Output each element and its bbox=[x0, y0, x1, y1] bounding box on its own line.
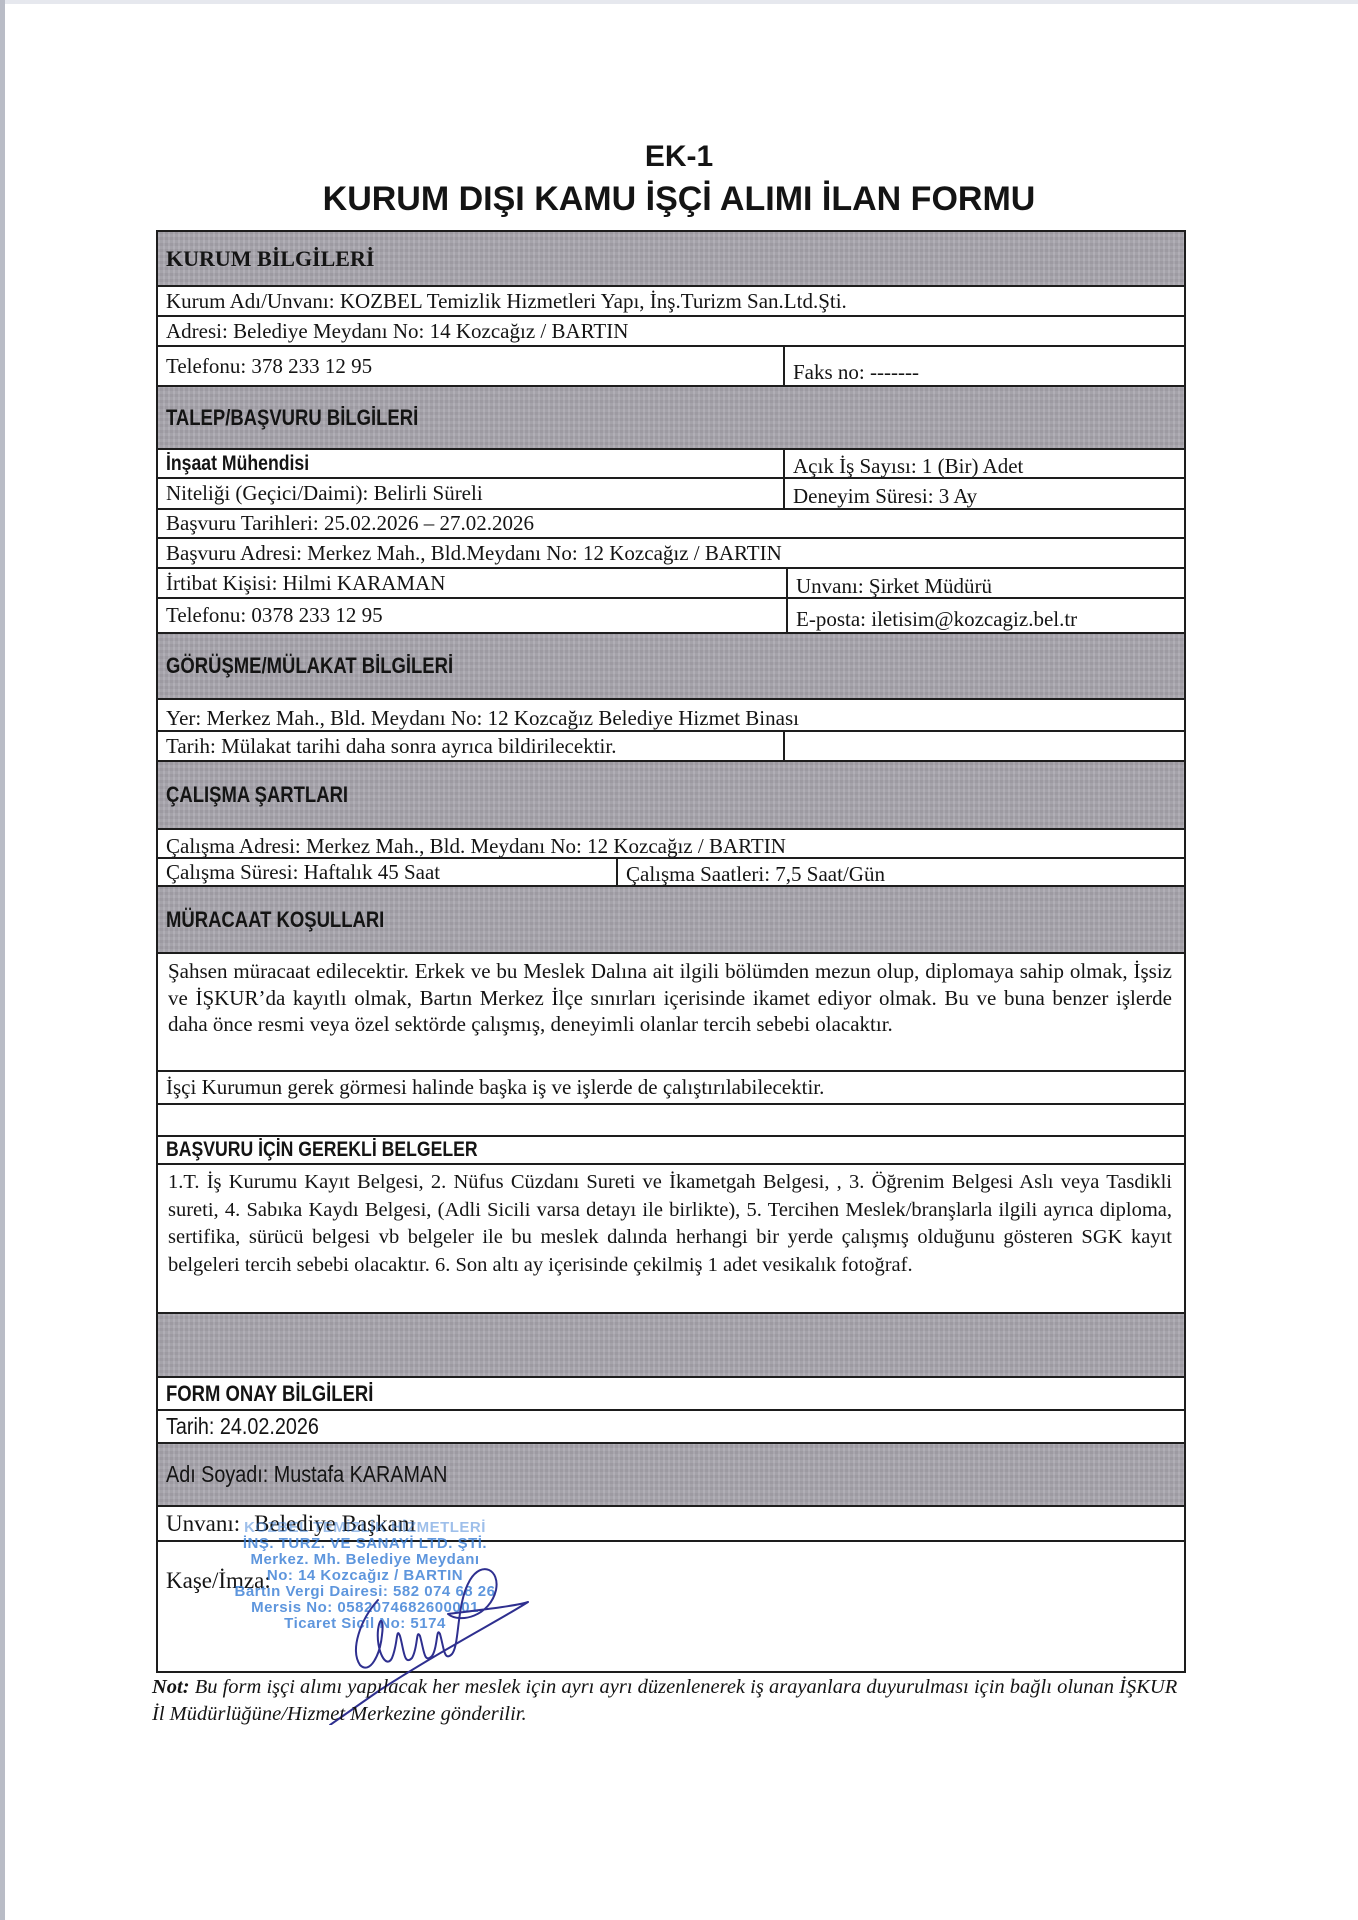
row-irtibat-telefon: Telefonu: 0378 233 12 95 E-posta: iletis… bbox=[156, 597, 1186, 632]
footer-note-label: Not: bbox=[152, 1676, 190, 1698]
gorusme-yer: Yer: Merkez Mah., Bld. Meydanı No: 12 Ko… bbox=[166, 706, 799, 731]
row-muracaat-paragraph: Şahsen müracaat edilecektir. Erkek ve bu… bbox=[156, 952, 1186, 1070]
irtibat-eposta[interactable]: E-posta: iletisim@kozcagiz.bel.tr bbox=[796, 607, 1077, 632]
row-basvuru-adresi: Başvuru Adresi: Merkez Mah., Bld.Meydanı… bbox=[156, 537, 1186, 567]
scan-edge-left bbox=[0, 0, 5, 1920]
row-blank bbox=[156, 1103, 1186, 1135]
kurum-telefon: Telefonu: 378 233 12 95 bbox=[166, 354, 372, 379]
niteligi: Niteliği (Geçici/Daimi): Belirli Süreli bbox=[166, 481, 483, 506]
row-onay-tarih: Tarih: 24.02.2026 bbox=[156, 1409, 1186, 1442]
section-header-calisma: ÇALIŞMA ŞARTLARI bbox=[156, 760, 1186, 828]
scan-edge-top bbox=[0, 0, 1358, 4]
section-title: ÇALIŞMA ŞARTLARI bbox=[166, 782, 348, 808]
irtibat-kisisi: İrtibat Kişisi: Hilmi KARAMAN bbox=[166, 571, 445, 596]
section-header-gorusme: GÖRÜŞME/MÜLAKAT BİLGİLERİ bbox=[156, 632, 1186, 698]
document-title: KURUM DIŞI KAMU İŞÇİ ALIMI İLAN FORMU bbox=[0, 180, 1358, 219]
deneyim-suresi: Deneyim Süresi: 3 Ay bbox=[793, 484, 977, 508]
row-kurum-adi: Kurum Adı/Unvanı: KOZBEL Temizlik Hizmet… bbox=[156, 285, 1186, 315]
row-adi-soyadi: Adı Soyadı: Mustafa KARAMAN bbox=[156, 1442, 1186, 1505]
row-meslek: İnşaat Mühendisi Açık İş Sayısı: 1 (Bir)… bbox=[156, 448, 1186, 477]
document-code: EK-1 bbox=[0, 140, 1358, 174]
muracaat-note: İşçi Kurumun gerek görmesi halinde başka… bbox=[166, 1075, 824, 1100]
row-calisma-adresi: Çalışma Adresi: Merkez Mah., Bld. Meydan… bbox=[156, 828, 1186, 857]
onay-tarih: Tarih: 24.02.2026 bbox=[166, 1413, 319, 1440]
row-niteligi: Niteliği (Geçici/Daimi): Belirli Süreli … bbox=[156, 477, 1186, 508]
basvuru-tarihleri: Başvuru Tarihleri: 25.02.2026 – 27.02.20… bbox=[166, 511, 534, 536]
section-header-talep: TALEP/BAŞVURU BİLGİLERİ bbox=[156, 385, 1186, 448]
footer-note-text: Bu form işçi alımı yapılacak her meslek … bbox=[152, 1676, 1177, 1725]
adi-soyadi: Adı Soyadı: Mustafa KARAMAN bbox=[166, 1461, 447, 1488]
basvuru-adresi: Başvuru Adresi: Merkez Mah., Bld.Meydanı… bbox=[166, 541, 782, 566]
section-title: BAŞVURU İÇİN GEREKLİ BELGELER bbox=[166, 1138, 478, 1162]
row-form-onay-heading: FORM ONAY BİLGİLERİ bbox=[156, 1376, 1186, 1409]
kurum-faks: Faks no: ------- bbox=[793, 360, 919, 385]
section-title: FORM ONAY BİLGİLERİ bbox=[166, 1381, 373, 1407]
section-title: GÖRÜŞME/MÜLAKAT BİLGİLERİ bbox=[166, 653, 453, 679]
irtibat-telefon: Telefonu: 0378 233 12 95 bbox=[166, 603, 383, 628]
row-gorusme-tarih: Tarih: Mülakat tarihi daha sonra ayrıca … bbox=[156, 730, 1186, 760]
row-gorusme-yer: Yer: Merkez Mah., Bld. Meydanı No: 12 Ko… bbox=[156, 698, 1186, 730]
row-belgeler-paragraph: 1.T. İş Kurumu Kayıt Belgesi, 2. Nüfus C… bbox=[156, 1163, 1186, 1312]
row-calisma-sure: Çalışma Süresi: Haftalık 45 Saat Çalışma… bbox=[156, 857, 1186, 885]
meslek-adi: İnşaat Mühendisi bbox=[166, 452, 309, 476]
belgeler-paragraph: 1.T. İş Kurumu Kayıt Belgesi, 2. Nüfus C… bbox=[168, 1169, 1172, 1279]
kurum-adi: Kurum Adı/Unvanı: KOZBEL Temizlik Hizmet… bbox=[166, 289, 847, 314]
row-belgeler-heading: BAŞVURU İÇİN GEREKLİ BELGELER bbox=[156, 1135, 1186, 1163]
row-gray-blank bbox=[156, 1312, 1186, 1376]
footer-note: Not: Bu form işçi alımı yapılacak her me… bbox=[152, 1674, 1192, 1728]
acik-is-sayisi: Açık İş Sayısı: 1 (Bir) Adet bbox=[793, 454, 1023, 477]
row-kurum-telefon: Telefonu: 378 233 12 95 Faks no: ------- bbox=[156, 345, 1186, 385]
calisma-adresi: Çalışma Adresi: Merkez Mah., Bld. Meydan… bbox=[166, 834, 786, 857]
irtibat-unvani: Unvanı: Şirket Müdürü bbox=[796, 574, 992, 598]
kurum-adres: Adresi: Belediye Meydanı No: 14 Kozcağız… bbox=[166, 319, 628, 344]
calisma-suresi: Çalışma Süresi: Haftalık 45 Saat bbox=[166, 860, 440, 885]
muracaat-paragraph: Şahsen müracaat edilecektir. Erkek ve bu… bbox=[168, 958, 1172, 1038]
section-header-muracaat: MÜRACAAT KOŞULLARI bbox=[156, 885, 1186, 952]
section-header-kurum: KURUM BİLGİLERİ bbox=[156, 230, 1186, 285]
row-irtibat: İrtibat Kişisi: Hilmi KARAMAN Unvanı: Şi… bbox=[156, 567, 1186, 597]
row-muracaat-note: İşçi Kurumun gerek görmesi halinde başka… bbox=[156, 1070, 1186, 1103]
gorusme-tarih: Tarih: Mülakat tarihi daha sonra ayrıca … bbox=[166, 734, 616, 759]
row-basvuru-tarihleri: Başvuru Tarihleri: 25.02.2026 – 27.02.20… bbox=[156, 508, 1186, 537]
section-title: MÜRACAAT KOŞULLARI bbox=[166, 907, 384, 933]
section-title: TALEP/BAŞVURU BİLGİLERİ bbox=[166, 405, 418, 431]
section-title: KURUM BİLGİLERİ bbox=[166, 246, 374, 272]
row-kurum-adres: Adresi: Belediye Meydanı No: 14 Kozcağız… bbox=[156, 315, 1186, 345]
calisma-saatleri: Çalışma Saatleri: 7,5 Saat/Gün bbox=[626, 862, 885, 886]
stamp-line: KOZBEL TEMİZLİK HİZMETLERİ bbox=[200, 1520, 530, 1536]
